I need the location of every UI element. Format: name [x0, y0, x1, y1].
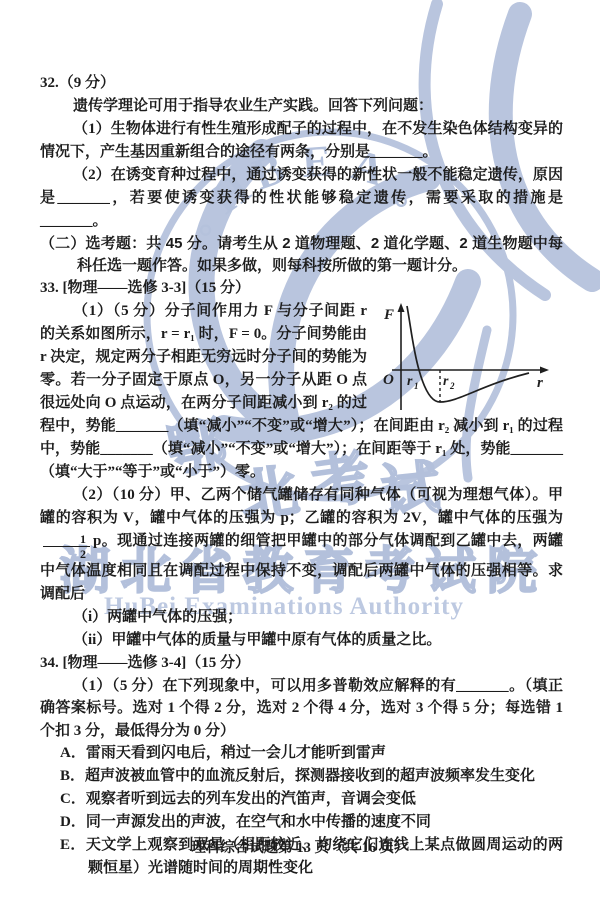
option-label: D． [60, 814, 86, 830]
q33-part1: F O r 1 r 2 r （1）（5 分）分子间作用力 F 与分子间距 r 的… [40, 300, 563, 484]
force-distance-diagram: F O r 1 r 2 r [377, 302, 563, 412]
exam-content: 32.（9 分） 遗传学理论可用于指导农业生产实践。回答下列问题： （1）生物体… [0, 0, 600, 880]
option-text: 雷雨天看到闪电后，稍过一会儿才能听到雷声 [86, 745, 386, 761]
q33-part2: （2）（10 分）甲、乙两个储气罐储存有同种气体（可视为理想气体）。甲罐的容积为… [40, 484, 563, 606]
q34-part1: （1）（5 分）在下列现象中，可以用多普勒效应解释的有_______。（填正确答… [40, 675, 563, 743]
exam-page: 。 H B E A 。 鄂 北 考 试 湖北省教育考试院 HuBei Exami… [0, 0, 600, 918]
r-axis-label: r [537, 375, 543, 391]
option-text: 超声波被血管中的血流反射后，探测器接收到的超声波频率发生变化 [85, 768, 535, 784]
q33-sub-ii: （ii）甲罐中气体的质量与甲罐中原有气体的质量之比。 [40, 629, 563, 652]
option-label: C． [60, 791, 86, 807]
q34-header: 34. [物理——选修 3-4]（15 分） [40, 652, 563, 675]
option-label: B． [60, 768, 85, 784]
origin-label: O [383, 372, 394, 388]
q32-number: 32.（9 分） [40, 72, 563, 95]
option-b: B．超声波被血管中的血流反射后，探测器接收到的超声波频率发生变化 [40, 765, 563, 788]
option-a: A．雷雨天看到闪电后，稍过一会儿才能听到雷声 [40, 742, 563, 765]
option-label: A． [60, 745, 86, 761]
page-footer: 理科综合试题第 13 页（共 16 页） [0, 836, 600, 857]
r2-label-sub: 2 [449, 381, 455, 391]
q34-options: A．雷雨天看到闪电后，稍过一会儿才能听到雷声 B．超声波被血管中的血流反射后，探… [40, 742, 563, 880]
f-axis-label: F [383, 307, 394, 323]
option-text: 同一声源发出的声波，在空气和水中传播的速度不同 [86, 814, 431, 830]
force-curve [407, 306, 529, 402]
r1-label-sub: 1 [414, 381, 419, 391]
y-axis-arrow [398, 303, 405, 312]
option-c: C．观察者听到远去的列车发出的汽笛声，音调会变低 [40, 788, 563, 811]
option-text: 观察者听到远去的列车发出的汽笛声，音调会变低 [86, 791, 416, 807]
option-d: D．同一声源发出的声波，在空气和水中传播的速度不同 [40, 811, 563, 834]
q33-part2-text-pre: （2）（10 分）甲、乙两个储气罐储存有同种气体（可视为理想气体）。甲罐的容积为… [40, 487, 563, 526]
q33-sub-i: （i）两罐中气体的压强； [40, 606, 563, 629]
q33-header: 33. [物理——选修 3-3]（15 分） [40, 277, 563, 300]
section-b-instructions: （二）选考题：共 45 分。请考生从 2 道物理题、2 道化学题、2 道生物题中… [40, 233, 563, 277]
x-axis-arrow [540, 367, 549, 374]
q32-part2: （2）在诱变育种过程中，通过诱变获得的新性状一般不能稳定遗传，原因是______… [40, 164, 563, 233]
r1-label: r [407, 374, 413, 389]
fraction-denominator: 2 [43, 548, 90, 560]
q32-part1: （1）生物体进行有性生殖形成配子的过程中，在不发生染色体结构变异的情况下，产生基… [40, 118, 563, 164]
fraction-numerator: 1 [43, 533, 90, 545]
q33-part2-text-post: p。现通过连接两罐的细管把甲罐中的部分气体调配到乙罐中去，两罐中气体温度相同且在… [40, 533, 563, 602]
q32-intro: 遗传学理论可用于指导农业生产实践。回答下列问题： [40, 95, 563, 118]
r2-label: r [443, 374, 449, 389]
one-half-fraction: 12 [43, 533, 90, 560]
